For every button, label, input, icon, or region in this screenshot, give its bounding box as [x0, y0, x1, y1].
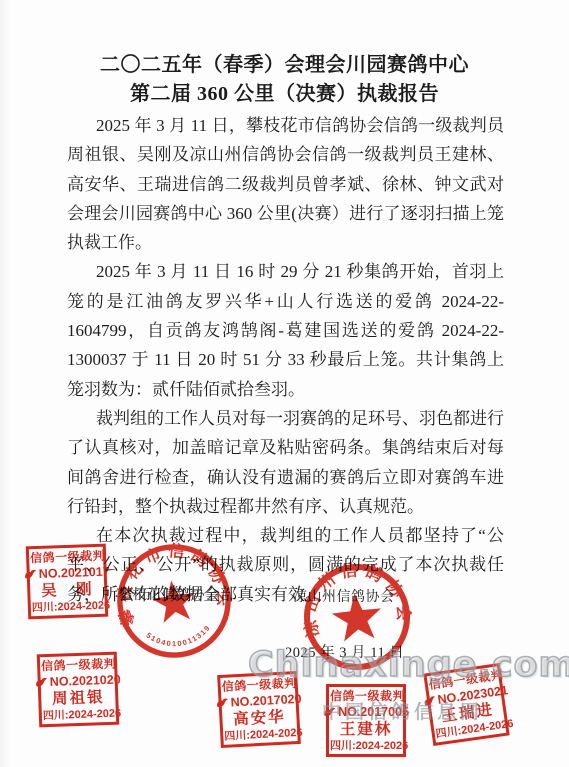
- report-title: 二〇二五年（春季）会理会川园赛鸽中心 第二届 360 公里（决赛）执裁报告: [0, 51, 569, 109]
- report-title-line1: 二〇二五年（春季）会理会川园赛鸽中心: [0, 51, 569, 80]
- report-body: 2025 年 3 月 11 日，攀枝花市信鸽协会信鸽一级裁判员周祖银、吴刚及凉山…: [67, 111, 504, 609]
- stamp-number: NO.2021020: [50, 672, 121, 690]
- pigeon-icon: [35, 676, 49, 688]
- chinaxinge-watermark: Chinaxinge.com: [248, 645, 569, 685]
- scanned-report-page: 二〇二五年（春季）会理会川园赛鸽中心 第二届 360 公里（决赛）执裁报告 20…: [0, 0, 569, 767]
- stamp-region-validity: 四川:2024-2026: [32, 599, 104, 616]
- chinaxinge-watermark-chinese: 中国信鸽信息网: [322, 697, 483, 724]
- stamp-region-validity: 四川:2024-2026: [330, 739, 402, 753]
- pigeon-icon: [215, 697, 230, 710]
- star-icon: [150, 578, 198, 625]
- stamp-region-validity: 四川:2024-2026: [43, 707, 115, 724]
- report-title-line2: 第二届 360 公里（决赛）执裁报告: [0, 80, 569, 109]
- stamp-judge-name: 周祖银: [42, 688, 115, 710]
- judge-stamp-zhou-zuyin: 信鸽一级裁判 NO.2021020 周祖银 四川:2024-2026: [37, 652, 119, 728]
- round-seal-panzhihua: 攀枝花市信鸽协会 5104010011319: [107, 534, 240, 667]
- stamp-judge-name: 吴 刚: [31, 580, 104, 602]
- pigeon-icon: [24, 568, 38, 580]
- paragraph-verification-process: 裁判组的工作人员对每一羽赛鸽的足环号、羽色都进行了认真核对，加盖暗记章及粘贴密码…: [67, 404, 504, 521]
- paragraph-judges-intro: 2025 年 3 月 11 日，攀枝花市信鸽协会信鸽一级裁判员周祖银、吴刚及凉山…: [67, 111, 504, 257]
- stamp-region-validity: 四川:2024-2026: [224, 726, 297, 744]
- round-seal-panzhihua-graphic: 攀枝花市信鸽协会 5104010011319: [107, 534, 240, 667]
- star-icon: [330, 591, 384, 643]
- stamp-number: NO.2021017: [39, 564, 110, 582]
- judge-stamp-wu-gang: 信鸽一级裁判 NO.2021017 吴 刚 四川:2024-2026: [26, 544, 108, 620]
- paragraph-basketing-details: 2025 年 3 月 11 日 16 时 29 分 21 秒集鸽开始，首羽上笼的…: [67, 257, 504, 403]
